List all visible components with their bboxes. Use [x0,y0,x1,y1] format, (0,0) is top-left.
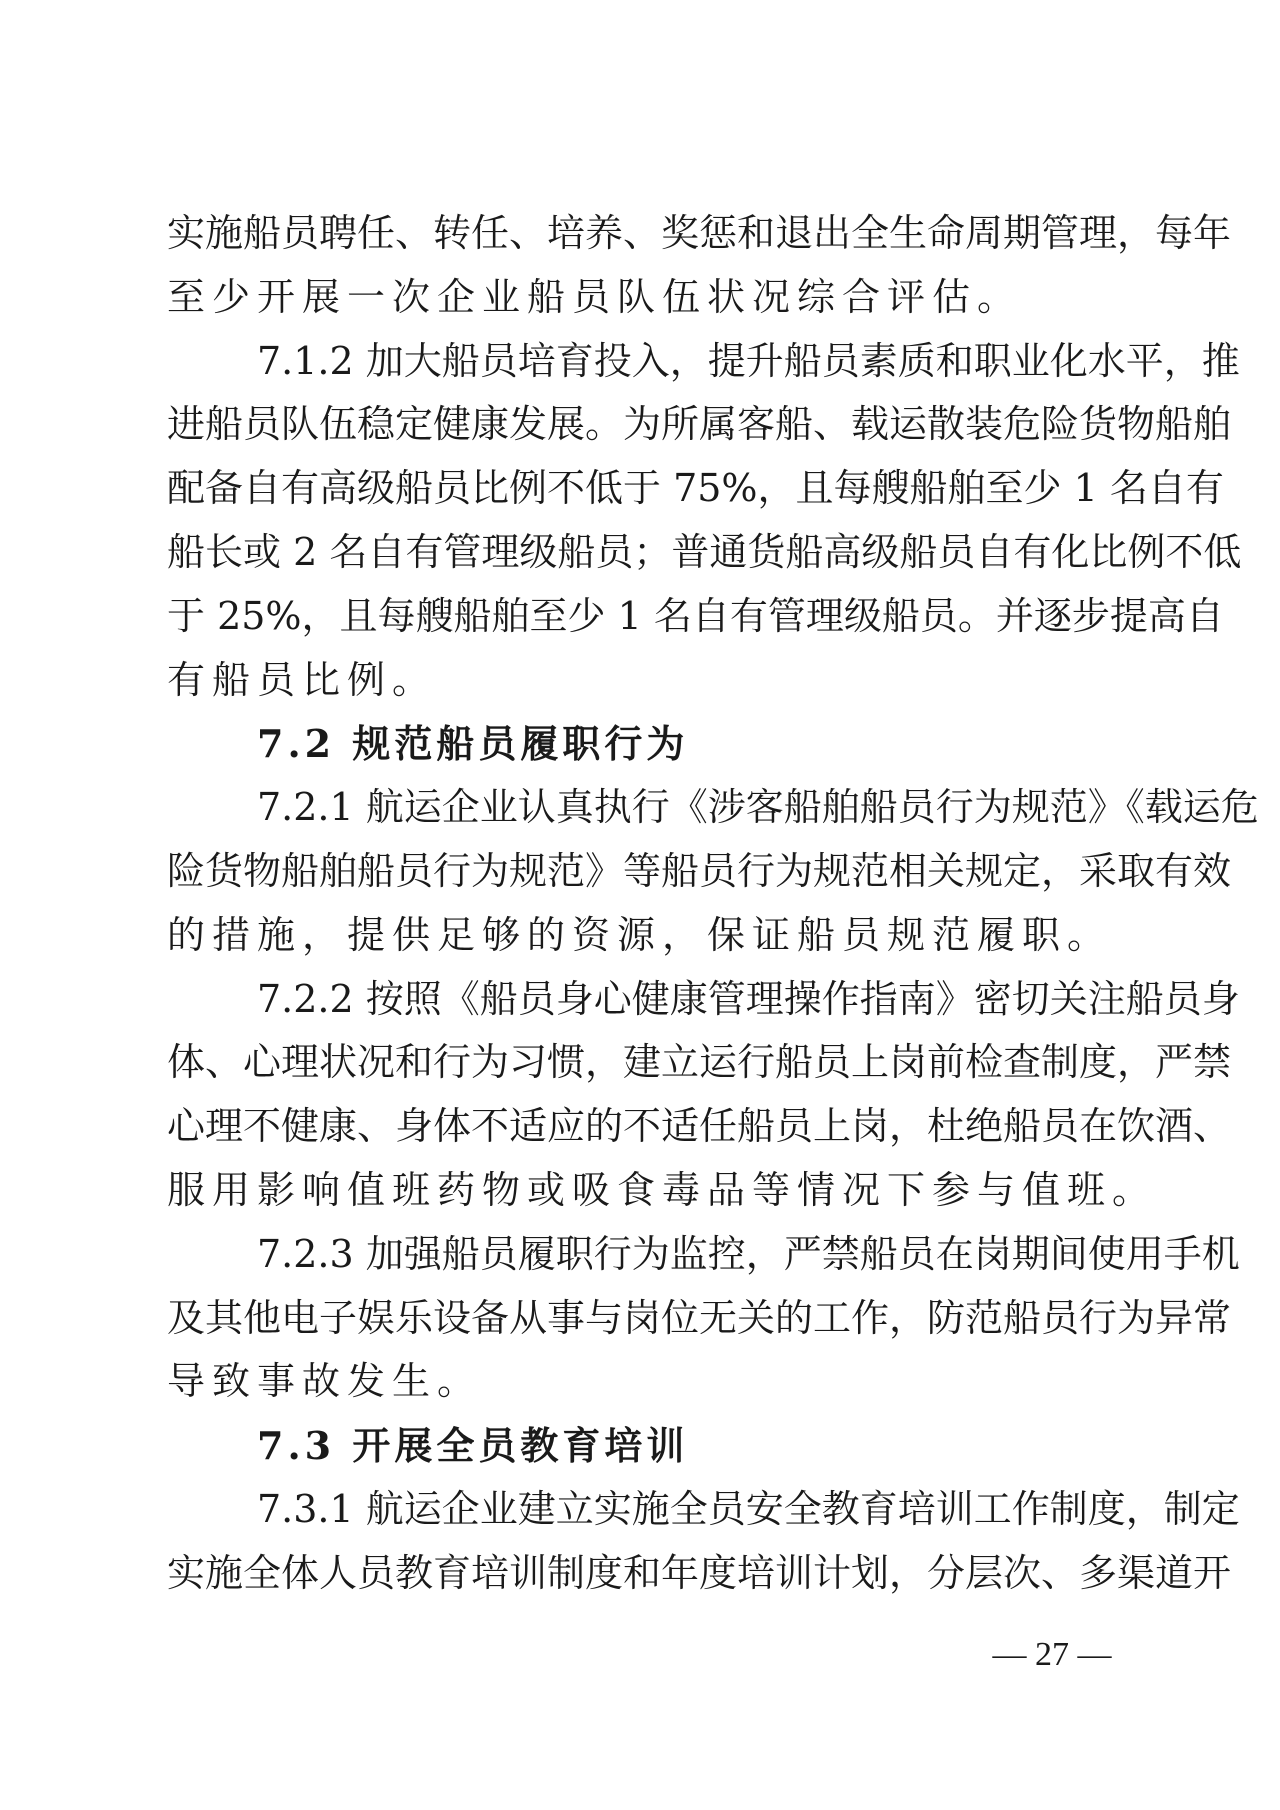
clause-7-2-2-start: 7.2.2 按照《船员身心健康管理操作指南》密切关注船员身 [167,968,1113,1032]
paragraph-line: 服用影响值班药物或吸食毒品等情况下参与值班。 [167,1159,1113,1223]
paragraph-line: 至少开展一次企业船员队伍状况综合评估。 [167,266,1113,330]
section-heading-7-3: 7.3 开展全员教育培训 [167,1414,1113,1478]
paragraph-line: 配备自有高级船员比例不低于 75%，且每艘船舶至少 1 名自有 [167,457,1113,521]
paragraph-line: 船长或 2 名自有管理级船员；普通货船高级船员自有化比例不低 [167,521,1113,585]
clause-7-3-1-start: 7.3.1 航运企业建立实施全员安全教育培训工作制度，制定 [167,1478,1113,1542]
paragraph-line: 实施船员聘任、转任、培养、奖惩和退出全生命周期管理，每年 [167,202,1113,266]
paragraph-line: 心理不健康、身体不适应的不适任船员上岗，杜绝船员在饮酒、 [167,1095,1113,1159]
paragraph-line: 导致事故发生。 [167,1350,1113,1414]
paragraph-line: 实施全体人员教育培训制度和年度培训计划，分层次、多渠道开 [167,1542,1113,1606]
paragraph-line: 于 25%，且每艘船舶至少 1 名自有管理级船员。并逐步提高自 [167,585,1113,649]
clause-7-2-3-start: 7.2.3 加强船员履职行为监控，严禁船员在岗期间使用手机 [167,1223,1113,1287]
paragraph-line: 险货物船舶船员行为规范》等船员行为规范相关规定，采取有效 [167,840,1113,904]
paragraph-line: 的措施，提供足够的资源，保证船员规范履职。 [167,904,1113,968]
clause-7-2-1-start: 7.2.1 航运企业认真执行《涉客船舶船员行为规范》《载运危 [167,776,1113,840]
paragraph-line: 体、心理状况和行为习惯，建立运行船员上岗前检查制度，严禁 [167,1031,1113,1095]
paragraph-line: 及其他电子娱乐设备从事与岗位无关的工作，防范船员行为异常 [167,1287,1113,1351]
paragraph-line: 进船员队伍稳定健康发展。为所属客船、载运散装危险货物船舶 [167,393,1113,457]
document-page: 实施船员聘任、转任、培养、奖惩和退出全生命周期管理，每年 至少开展一次企业船员队… [0,0,1280,1810]
section-heading-7-2: 7.2 规范船员履职行为 [167,712,1113,776]
paragraph-line: 有船员比例。 [167,649,1113,713]
clause-7-1-2-start: 7.1.2 加大船员培育投入，提升船员素质和职业化水平，推 [167,330,1113,394]
page-number: — 27 — [992,1630,1112,1680]
document-body: 实施船员聘任、转任、培养、奖惩和退出全生命周期管理，每年 至少开展一次企业船员队… [167,202,1113,1606]
